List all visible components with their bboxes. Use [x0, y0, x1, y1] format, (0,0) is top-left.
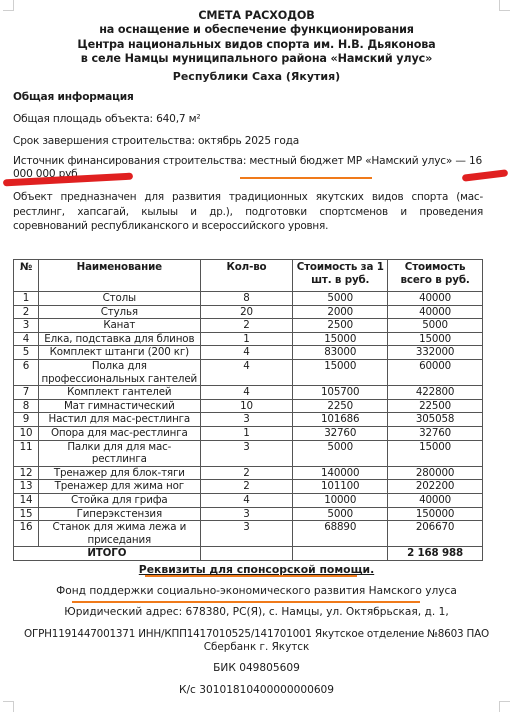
table-row: 3Канат225005000: [14, 319, 483, 333]
item-quantity: 4: [200, 493, 293, 507]
item-unit-price: 15000: [293, 359, 388, 385]
item-total-price: 422800: [388, 386, 483, 400]
item-quantity: 10: [200, 399, 293, 413]
table-header-row: № Наименование Кол-во Стоимость за 1 шт.…: [14, 260, 483, 292]
item-name: Палки для для мас-рестлинга: [38, 440, 200, 466]
document-title: СМЕТА РАСХОДОВ на оснащение и обеспечени…: [0, 9, 513, 67]
item-name: Стойка для грифа: [38, 493, 200, 507]
republic-subtitle: Республики Саха (Якутия): [0, 70, 513, 83]
item-total-price: 40000: [388, 493, 483, 507]
item-quantity: 2: [200, 480, 293, 494]
item-name: Канат: [38, 319, 200, 333]
legal-address: Юридический адрес: 678380, РС(Я), с. Нам…: [0, 606, 513, 618]
orange-underline: [240, 177, 372, 179]
item-total-price: 32760: [388, 426, 483, 440]
item-unit-price: 101686: [293, 413, 388, 427]
ogrn-inn-line: ОГРН1191447001371 ИНН/КПП1417010525/1417…: [0, 628, 513, 640]
purpose-text: Объект предназначен для развития традици…: [13, 190, 483, 234]
item-unit-price: 2000: [293, 305, 388, 319]
bank-line: Сбербанк г. Якутск: [0, 641, 513, 653]
item-quantity: 1: [200, 426, 293, 440]
orange-underline: [72, 601, 420, 603]
row-number: 15: [14, 507, 39, 521]
item-name: Полка для профессиональных гантелей: [38, 359, 200, 385]
budget-table: № Наименование Кол-во Стоимость за 1 шт.…: [13, 259, 483, 561]
item-total-price: 206670: [388, 521, 483, 547]
item-unit-price: 32760: [293, 426, 388, 440]
table-row: 16Станок для жима лежа и приседания36889…: [14, 521, 483, 547]
item-unit-price: 83000: [293, 346, 388, 360]
column-header: Кол-во: [200, 260, 293, 292]
item-total-price: 305058: [388, 413, 483, 427]
item-unit-price: 105700: [293, 386, 388, 400]
orange-underline: [145, 575, 357, 577]
page-corner-mark: [499, 701, 510, 712]
item-total-price: 40000: [388, 292, 483, 306]
column-header: Стоимость всего в руб.: [388, 260, 483, 292]
item-name: Тренажер для блок-тяги: [38, 466, 200, 480]
title-line: в селе Намцы муниципального района «Намс…: [0, 52, 513, 66]
item-total-price: 60000: [388, 359, 483, 385]
title-line: на оснащение и обеспечение функционирова…: [0, 23, 513, 37]
table-body: 1Столы85000400002Стулья202000400003Канат…: [14, 292, 483, 547]
total-empty-cell: [200, 547, 293, 561]
table-row: 9Настил для мас-рестлинга3101686305058: [14, 413, 483, 427]
title-line: СМЕТА РАСХОДОВ: [0, 9, 513, 23]
item-name: Гиперэкстензия: [38, 507, 200, 521]
item-quantity: 3: [200, 440, 293, 466]
row-number: 16: [14, 521, 39, 547]
row-number: 7: [14, 386, 39, 400]
item-unit-price: 15000: [293, 332, 388, 346]
row-number: 10: [14, 426, 39, 440]
table-row: 11Палки для для мас-рестлинга3500015000: [14, 440, 483, 466]
total-row: ИТОГО 2 168 988: [14, 547, 483, 561]
item-unit-price: 5000: [293, 292, 388, 306]
row-number: 2: [14, 305, 39, 319]
item-name: Настил для мас-рестлинга: [38, 413, 200, 427]
item-name: Стулья: [38, 305, 200, 319]
item-total-price: 150000: [388, 507, 483, 521]
total-label: ИТОГО: [14, 547, 201, 561]
row-number: 5: [14, 346, 39, 360]
total-empty-cell: [293, 547, 388, 561]
item-unit-price: 2500: [293, 319, 388, 333]
item-total-price: 22500: [388, 399, 483, 413]
item-name: Опора для мас-рестлинга: [38, 426, 200, 440]
table-row: 14Стойка для грифа41000040000: [14, 493, 483, 507]
table-row: 5Комплект штанги (200 кг)483000332000: [14, 346, 483, 360]
item-quantity: 1: [200, 332, 293, 346]
item-total-price: 40000: [388, 305, 483, 319]
table-row: 4Елка, подставка для блинов11500015000: [14, 332, 483, 346]
area-text: Общая площадь объекта: 640,7 м²: [13, 113, 200, 125]
item-quantity: 4: [200, 359, 293, 385]
table-row: 6Полка для профессиональных гантелей4150…: [14, 359, 483, 385]
bik-line: БИК 049805609: [0, 662, 513, 674]
item-quantity: 3: [200, 521, 293, 547]
table-row: 8Мат гимнастический10225022500: [14, 399, 483, 413]
table-row: 15Гиперэкстензия35000150000: [14, 507, 483, 521]
table-row: 10Опора для мас-рестлинга13276032760: [14, 426, 483, 440]
item-unit-price: 68890: [293, 521, 388, 547]
row-number: 3: [14, 319, 39, 333]
title-line: Центра национальных видов спорта им. Н.В…: [0, 38, 513, 52]
item-unit-price: 5000: [293, 440, 388, 466]
correspondent-account-line: К/с 30101810400000000609: [0, 684, 513, 696]
table-row: 7Комплект гантелей4105700422800: [14, 386, 483, 400]
row-number: 14: [14, 493, 39, 507]
item-name: Комплект штанги (200 кг): [38, 346, 200, 360]
item-unit-price: 10000: [293, 493, 388, 507]
general-info-heading: Общая информация: [13, 91, 134, 103]
page-corner-mark: [3, 701, 14, 712]
item-unit-price: 101100: [293, 480, 388, 494]
item-name: Тренажер для жима ног: [38, 480, 200, 494]
row-number: 12: [14, 466, 39, 480]
table-row: 2Стулья20200040000: [14, 305, 483, 319]
row-number: 6: [14, 359, 39, 385]
deadline-text: Срок завершения строительства: октябрь 2…: [13, 135, 299, 147]
item-unit-price: 140000: [293, 466, 388, 480]
column-header: Стоимость за 1 шт. в руб.: [293, 260, 388, 292]
item-name: Станок для жима лежа и приседания: [38, 521, 200, 547]
fund-name: Фонд поддержки социально-экономического …: [0, 585, 513, 597]
item-total-price: 280000: [388, 466, 483, 480]
column-header: Наименование: [38, 260, 200, 292]
row-number: 9: [14, 413, 39, 427]
item-name: Елка, подставка для блинов: [38, 332, 200, 346]
item-name: Столы: [38, 292, 200, 306]
item-unit-price: 5000: [293, 507, 388, 521]
item-total-price: 15000: [388, 440, 483, 466]
item-quantity: 4: [200, 386, 293, 400]
item-quantity: 20: [200, 305, 293, 319]
item-name: Комплект гантелей: [38, 386, 200, 400]
item-name: Мат гимнастический: [38, 399, 200, 413]
item-quantity: 4: [200, 346, 293, 360]
row-number: 1: [14, 292, 39, 306]
row-number: 11: [14, 440, 39, 466]
row-number: 13: [14, 480, 39, 494]
total-value: 2 168 988: [388, 547, 483, 561]
row-number: 8: [14, 399, 39, 413]
item-quantity: 3: [200, 507, 293, 521]
table-row: 1Столы8500040000: [14, 292, 483, 306]
item-total-price: 15000: [388, 332, 483, 346]
item-quantity: 8: [200, 292, 293, 306]
item-total-price: 202200: [388, 480, 483, 494]
item-quantity: 2: [200, 466, 293, 480]
item-unit-price: 2250: [293, 399, 388, 413]
item-quantity: 3: [200, 413, 293, 427]
table-row: 12Тренажер для блок-тяги2140000280000: [14, 466, 483, 480]
column-header: №: [14, 260, 39, 292]
item-total-price: 332000: [388, 346, 483, 360]
row-number: 4: [14, 332, 39, 346]
item-quantity: 2: [200, 319, 293, 333]
item-total-price: 5000: [388, 319, 483, 333]
table-row: 13Тренажер для жима ног2101100202200: [14, 480, 483, 494]
